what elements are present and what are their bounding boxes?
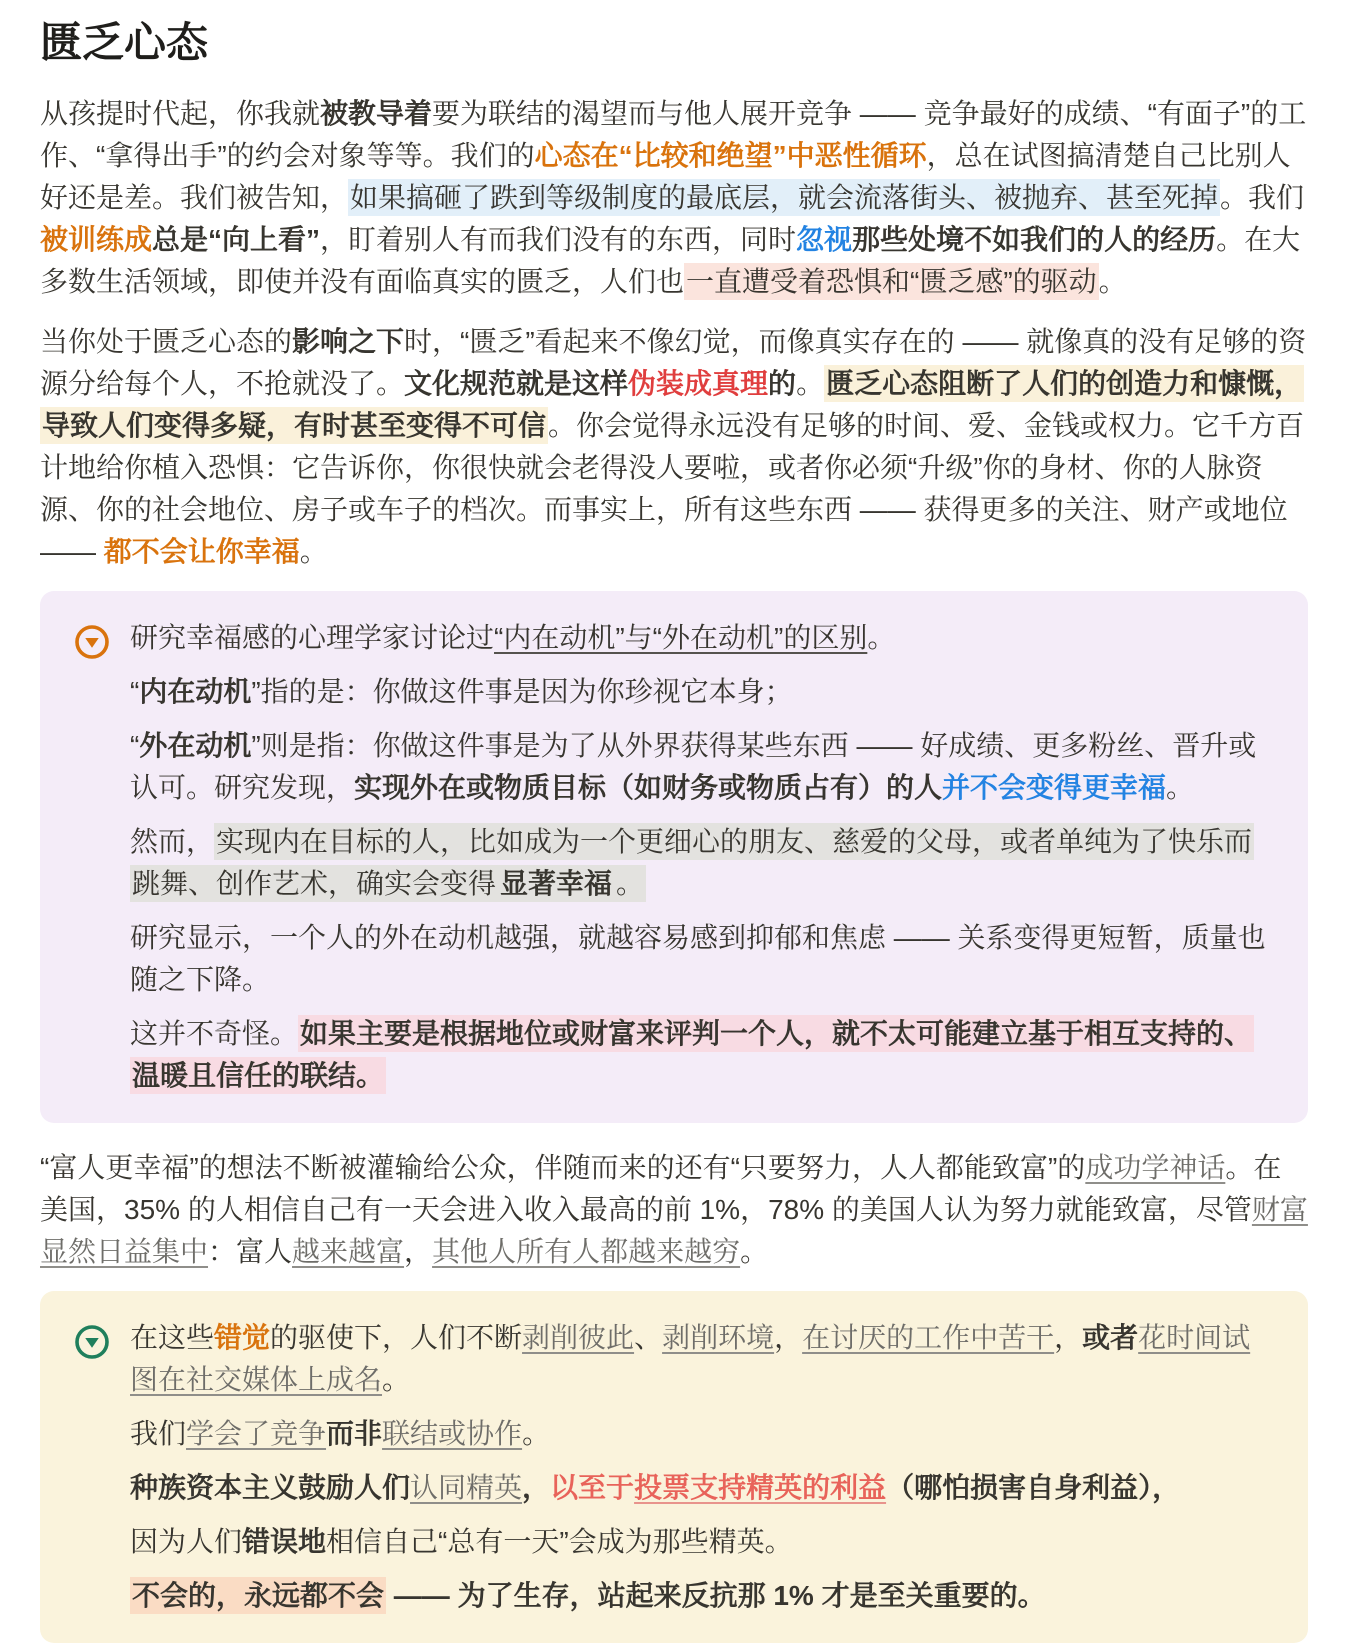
toggle-down-icon[interactable] [74,1324,110,1365]
text-run: “ [130,676,139,707]
text-run: ：富人 [208,1236,292,1267]
styled-text-run: 心态在“比较和绝望”中恶性循环 [535,140,927,171]
page-title: 匮乏心态 [40,16,1308,71]
paragraph: “外在动机”则是指：你做这件事是为了从外界获得某些东西 —— 好成绩、更多粉丝、… [130,725,1274,809]
text-run: 。 [740,1236,768,1267]
styled-text-run: 那些处境不如我们的人的经历 [852,224,1216,255]
paragraph: 研究幸福感的心理学家讨论过“内在动机”与“外在动机”的区别。 [130,617,1274,659]
styled-text-run: 实现外在或物质目标（如财务或物质占有）的人 [354,772,942,803]
text-run: 当你处于匮乏心态的 [40,326,292,357]
styled-text-run: ， [522,1472,550,1503]
styled-text-run: （哪怕损害自身利益）， [886,1472,1180,1503]
styled-text-run: 。 [614,865,646,902]
paragraph: 然而，实现内在目标的人，比如成为一个更细心的朋友、慈爱的父母，或者单纯为了快乐而… [130,821,1274,905]
styled-text-run: 被教导着 [320,98,432,129]
styled-text-run: —— [386,1580,458,1611]
text-run: 我们 [130,1418,186,1449]
styled-text-run: 忽视 [796,224,852,255]
text-run: 。 [1166,772,1194,803]
styled-text-run: 实现内在目标的人，比如成为一个更细心的朋友、慈爱的父母，或者单纯为了快乐而跳舞、… [130,823,1254,902]
inline-link[interactable]: “内在动机”与“外在动机”的区别 [494,622,867,653]
styled-text-run: 的 [768,368,796,399]
text-run: 从孩提时代起，你我就 [40,98,320,129]
text-run: 。 [522,1418,550,1449]
styled-text-run: 不会的，永远都不会 [130,1577,386,1614]
styled-text-run: 被训练成 [40,224,152,255]
styled-text-run: 内在动机 [139,676,251,707]
inline-link[interactable]: 越来越富 [292,1236,404,1267]
styled-text-run: 以至于 [550,1472,634,1503]
text-run: 、 [634,1322,662,1353]
text-run: 。 [1099,266,1127,297]
callout-content: 在这些错觉的驱使下，人们不断剥削彼此、剥削环境，在讨厌的工作中苦干，或者花时间试… [130,1317,1274,1617]
inline-link[interactable]: 投票支持精英的利益 [634,1472,886,1503]
inline-link[interactable]: 学会了竞争 [186,1418,326,1449]
inline-link[interactable]: 联结或协作 [382,1418,522,1449]
text-run: 然而， [130,826,214,857]
text-run: 。 [300,536,328,567]
styled-text-run: 一直遭受着恐惧和“匮乏感”的驱动 [684,263,1099,300]
text-run: 。我们 [1220,182,1304,213]
styled-text-run: 为了生存，站起来反抗那 1% 才是至关重要的。 [458,1580,1046,1611]
paragraph: “内在动机”指的是：你做这件事是因为你珍视它本身； [130,671,1274,713]
text-run: 研究幸福感的心理学家讨论过 [130,622,494,653]
callout-content: 研究幸福感的心理学家讨论过“内在动机”与“外在动机”的区别。“内在动机”指的是：… [130,617,1274,1097]
styled-text-run: 显著幸福 [498,865,614,902]
document-body: 匮乏心态 从孩提时代起，你我就被教导着要为联结的渴望而与他人展开竞争 —— 竞争… [0,0,1348,1643]
paragraph: 在这些错觉的驱使下，人们不断剥削彼此、剥削环境，在讨厌的工作中苦干，或者花时间试… [130,1317,1274,1401]
styled-text-run: 种族资本主义鼓励人们 [130,1472,410,1503]
styled-text-run: 并不会变得更幸福 [942,772,1166,803]
paragraph: 从孩提时代起，你我就被教导着要为联结的渴望而与他人展开竞争 —— 竞争最好的成绩… [40,93,1308,303]
paragraph: 当你处于匮乏心态的影响之下时，“匮乏”看起来不像幻觉，而像真实存在的 —— 就像… [40,321,1308,573]
styled-text-run: 影响之下 [292,326,404,357]
inline-link[interactable]: 剥削环境 [662,1322,774,1353]
paragraph: 不会的，永远都不会 —— 为了生存，站起来反抗那 1% 才是至关重要的。 [130,1575,1274,1617]
styled-text-run: 错觉 [214,1322,270,1353]
inline-link[interactable]: 认同精英 [410,1472,522,1503]
text-run: ”指的是：你做这件事是因为你珍视它本身； [251,676,792,707]
paragraph: 我们学会了竞争而非联结或协作。 [130,1413,1274,1455]
text-run: 在这些 [130,1322,214,1353]
text-run: 。 [382,1364,410,1395]
inline-link[interactable]: 剥削彼此 [522,1322,634,1353]
blocks-container: 从孩提时代起，你我就被教导着要为联结的渴望而与他人展开竞争 —— 竞争最好的成绩… [40,93,1308,1643]
callout-yellow: 在这些错觉的驱使下，人们不断剥削彼此、剥削环境，在讨厌的工作中苦干，或者花时间试… [40,1291,1308,1643]
callout-purple: 研究幸福感的心理学家讨论过“内在动机”与“外在动机”的区别。“内在动机”指的是：… [40,591,1308,1123]
text-run: 相信自己“总有一天”会成为那些精英。 [326,1526,793,1557]
inline-link[interactable]: 其他人所有人都越来越穷 [432,1236,740,1267]
text-run: ， [404,1236,432,1267]
text-run: 。 [867,622,895,653]
styled-text-run: 文化规范就是这样 [404,368,628,399]
inline-link[interactable]: 在讨厌的工作中苦干 [802,1322,1054,1353]
document-page: { "page": { "title": "匮乏心态" }, "colors":… [0,0,1348,1652]
text-run: 研究显示，一个人的外在动机越强，就越容易感到抑郁和焦虑 —— 关系变得更短暂，质… [130,922,1266,995]
styled-text-run: 总是“向上看” [152,224,320,255]
styled-text-run: 如果搞砸了跌到等级制度的最底层，就会流落街头、被抛弃、甚至死掉 [348,179,1220,216]
text-run: ， [1054,1322,1082,1353]
text-run: ， [774,1322,802,1353]
styled-text-run: 外在动机 [139,730,251,761]
paragraph: 这并不奇怪。如果主要是根据地位或财富来评判一个人，就不太可能建立基于相互支持的、… [130,1013,1274,1097]
text-run: “富人更幸福”的想法不断被灌输给公众，伴随而来的还有“只要努力，人人都能致富”的 [40,1152,1085,1183]
text-run: 。 [796,368,824,399]
styled-text-run: 错误地 [242,1526,326,1557]
text-run: 的驱使下，人们不断 [270,1322,522,1353]
styled-text-run: 伪装成真理 [628,368,768,399]
paragraph: 种族资本主义鼓励人们认同精英，以至于投票支持精英的利益（哪怕损害自身利益）， [130,1467,1274,1509]
text-run: 因为人们 [130,1526,242,1557]
styled-text-run: 都不会让你幸福 [104,536,300,567]
styled-text-run: 如果主要是根据地位或财富来评判一个人，就不太可能建立基于相互支持的、温暖且信任的… [130,1015,1254,1094]
text-run: “ [130,730,139,761]
text-run: ，盯着别人有而我们没有的东西，同时 [320,224,796,255]
paragraph: 研究显示，一个人的外在动机越强，就越容易感到抑郁和焦虑 —— 关系变得更短暂，质… [130,917,1274,1001]
paragraph: “富人更幸福”的想法不断被灌输给公众，伴随而来的还有“只要努力，人人都能致富”的… [40,1147,1308,1273]
toggle-down-icon[interactable] [74,624,110,665]
inline-link[interactable]: 成功学神话 [1085,1152,1225,1183]
styled-text-run: 或者 [1082,1322,1138,1353]
text-run: 这并不奇怪。 [130,1018,298,1049]
paragraph: 因为人们错误地相信自己“总有一天”会成为那些精英。 [130,1521,1274,1563]
styled-text-run: 而非 [326,1418,382,1449]
